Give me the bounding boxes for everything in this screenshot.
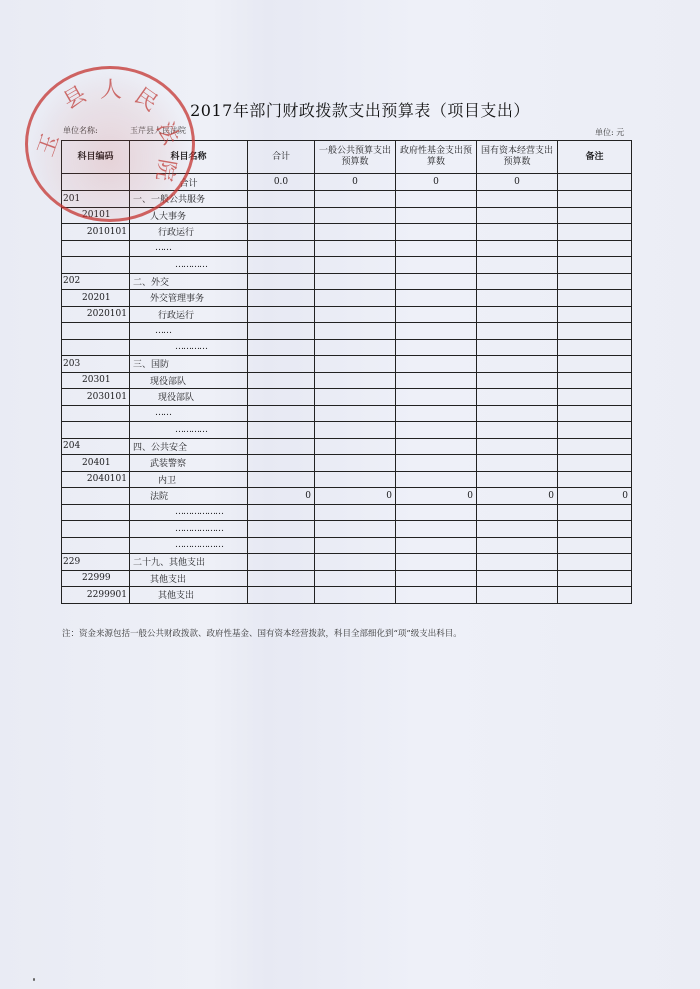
subject-name: 现役部队 xyxy=(130,389,248,406)
row-general-public xyxy=(315,273,396,290)
subject-name: …… xyxy=(130,405,248,422)
row-gov-fund xyxy=(396,372,477,389)
document-title: 2017年部门财政拨款支出预算表（项目支出） xyxy=(150,98,570,121)
footnote: 注：资金来源包括一般公共财政拨款、政府性基金、国有资本经营拨款，科目全部细化到“… xyxy=(62,627,462,639)
subject-name: 行政运行 xyxy=(130,306,248,323)
row-total xyxy=(248,290,315,307)
subject-name: 法院 xyxy=(130,488,248,505)
row-total xyxy=(248,372,315,389)
row-remark xyxy=(558,471,632,488)
table-row: 20101人大事务 xyxy=(62,207,632,224)
row-state-capital xyxy=(477,438,558,455)
table-row: 22999其他支出 xyxy=(62,570,632,587)
row-remark xyxy=(558,290,632,307)
row-remark xyxy=(558,306,632,323)
subject-name: ………… xyxy=(130,422,248,439)
row-state-capital xyxy=(477,240,558,257)
subject-code: 20301 xyxy=(62,372,130,389)
row-general-public xyxy=(315,587,396,604)
subject-name: 武装警察 xyxy=(130,455,248,472)
row-gov-fund xyxy=(396,455,477,472)
subject-code: 20201 xyxy=(62,290,130,307)
subject-name: ……………… xyxy=(130,521,248,538)
row-gov-fund xyxy=(396,587,477,604)
row-gov-fund xyxy=(396,306,477,323)
subject-code: 20401 xyxy=(62,455,130,472)
row-state-capital xyxy=(477,356,558,373)
row-total xyxy=(248,504,315,521)
row-remark: 0 xyxy=(558,488,632,505)
subject-code xyxy=(62,521,130,538)
row-total xyxy=(248,339,315,356)
subject-code: 204 xyxy=(62,438,130,455)
table-row: ………… xyxy=(62,422,632,439)
row-gov-fund xyxy=(396,422,477,439)
row-total xyxy=(248,471,315,488)
seal-char: 玉 xyxy=(29,129,66,160)
table-row: 2010101行政运行 xyxy=(62,224,632,241)
row-remark xyxy=(558,339,632,356)
subject-code: 2020101 xyxy=(62,306,130,323)
seal-char: 县 xyxy=(57,78,92,116)
row-remark xyxy=(558,240,632,257)
row-state-capital xyxy=(477,455,558,472)
subject-name: 四、公共安全 xyxy=(130,438,248,455)
total-general-public: 0 xyxy=(315,174,396,191)
subject-code xyxy=(62,488,130,505)
row-total: 0 xyxy=(248,488,315,505)
row-general-public xyxy=(315,570,396,587)
subject-code: 202 xyxy=(62,273,130,290)
row-total xyxy=(248,554,315,571)
table-row: 203三、国防 xyxy=(62,356,632,373)
row-gov-fund xyxy=(396,389,477,406)
row-state-capital xyxy=(477,257,558,274)
table-row: 20401武装警察 xyxy=(62,455,632,472)
row-remark xyxy=(558,554,632,571)
row-total xyxy=(248,438,315,455)
subject-name: 现役部队 xyxy=(130,372,248,389)
row-general-public xyxy=(315,372,396,389)
row-remark xyxy=(558,207,632,224)
scanned-page: 2017年部门财政拨款支出预算表（项目支出） 单位名称: 玉芹县人民法院 单位:… xyxy=(0,0,700,989)
row-gov-fund xyxy=(396,207,477,224)
subject-code: 20101 xyxy=(62,207,130,224)
total-state-capital: 0 xyxy=(477,174,558,191)
row-general-public xyxy=(315,389,396,406)
row-remark xyxy=(558,537,632,554)
subject-name: …… xyxy=(130,323,248,340)
row-remark xyxy=(558,422,632,439)
row-state-capital xyxy=(477,521,558,538)
row-state-capital xyxy=(477,323,558,340)
header-gov-fund: 政府性基金支出预算数 xyxy=(396,141,477,174)
row-state-capital xyxy=(477,405,558,422)
subject-code: 2299901 xyxy=(62,587,130,604)
row-general-public xyxy=(315,438,396,455)
row-general-public xyxy=(315,323,396,340)
row-general-public xyxy=(315,471,396,488)
row-total xyxy=(248,521,315,538)
subject-code: 2010101 xyxy=(62,224,130,241)
subject-name: 一、一般公共服务 xyxy=(130,191,248,208)
total-remark xyxy=(558,174,632,191)
subject-name: 二、外交 xyxy=(130,273,248,290)
row-general-public xyxy=(315,422,396,439)
subject-code: 22999 xyxy=(62,570,130,587)
subject-code: 201 xyxy=(62,191,130,208)
row-general-public xyxy=(315,257,396,274)
row-remark xyxy=(558,356,632,373)
row-remark xyxy=(558,405,632,422)
unit-name-value: 玉芹县人民法院 xyxy=(130,125,186,136)
table-row: 201一、一般公共服务 xyxy=(62,191,632,208)
table-row: 2020101行政运行 xyxy=(62,306,632,323)
total-code xyxy=(62,174,130,191)
subject-code: 2030101 xyxy=(62,389,130,406)
subject-code xyxy=(62,240,130,257)
subject-name: 二十九、其他支出 xyxy=(130,554,248,571)
row-state-capital xyxy=(477,207,558,224)
row-state-capital xyxy=(477,587,558,604)
header-code: 科目编码 xyxy=(62,141,130,174)
seal-char: 人 xyxy=(100,73,122,104)
row-general-public xyxy=(315,405,396,422)
row-general-public xyxy=(315,356,396,373)
row-general-public xyxy=(315,207,396,224)
row-gov-fund: 0 xyxy=(396,488,477,505)
subject-name: ……………… xyxy=(130,504,248,521)
header-state-capital: 国有资本经营支出预算数 xyxy=(477,141,558,174)
row-total xyxy=(248,323,315,340)
row-general-public xyxy=(315,537,396,554)
subject-code xyxy=(62,504,130,521)
subject-name: 其他支出 xyxy=(130,570,248,587)
budget-table: 科目编码 科目名称 合计 一般公共预算支出预算数 政府性基金支出预算数 国有资本… xyxy=(61,140,632,604)
row-state-capital xyxy=(477,570,558,587)
subject-name: ……………… xyxy=(130,537,248,554)
row-total xyxy=(248,224,315,241)
row-general-public xyxy=(315,339,396,356)
row-state-capital xyxy=(477,290,558,307)
row-general-public xyxy=(315,290,396,307)
subject-name: 三、国防 xyxy=(130,356,248,373)
row-gov-fund xyxy=(396,240,477,257)
row-gov-fund xyxy=(396,191,477,208)
row-gov-fund xyxy=(396,356,477,373)
subject-code xyxy=(62,405,130,422)
subject-code xyxy=(62,323,130,340)
row-remark xyxy=(558,587,632,604)
table-row: ……………… xyxy=(62,504,632,521)
row-state-capital xyxy=(477,537,558,554)
total-amount: 0.0 xyxy=(248,174,315,191)
total-gov-fund: 0 xyxy=(396,174,477,191)
subject-name: 内卫 xyxy=(130,471,248,488)
row-remark xyxy=(558,504,632,521)
subject-name: …… xyxy=(130,240,248,257)
subject-code xyxy=(62,257,130,274)
row-gov-fund xyxy=(396,521,477,538)
table-row: 2040101内卫 xyxy=(62,471,632,488)
subject-code xyxy=(62,537,130,554)
table-row: 204四、公共安全 xyxy=(62,438,632,455)
row-gov-fund xyxy=(396,504,477,521)
total-name: 合计 xyxy=(130,174,248,191)
row-remark xyxy=(558,323,632,340)
row-remark xyxy=(558,273,632,290)
table-row: ………… xyxy=(62,339,632,356)
row-general-public xyxy=(315,455,396,472)
row-state-capital xyxy=(477,306,558,323)
row-gov-fund xyxy=(396,405,477,422)
row-total xyxy=(248,537,315,554)
row-gov-fund xyxy=(396,438,477,455)
subject-name: 外交管理事务 xyxy=(130,290,248,307)
unit-name-label: 单位名称: xyxy=(63,125,98,136)
row-total xyxy=(248,455,315,472)
row-gov-fund xyxy=(396,339,477,356)
row-remark xyxy=(558,389,632,406)
table-row: 229二十九、其他支出 xyxy=(62,554,632,571)
header-total: 合计 xyxy=(248,141,315,174)
row-state-capital xyxy=(477,389,558,406)
row-total xyxy=(248,207,315,224)
row-state-capital xyxy=(477,339,558,356)
row-general-public xyxy=(315,521,396,538)
row-general-public xyxy=(315,554,396,571)
row-total xyxy=(248,240,315,257)
row-state-capital xyxy=(477,191,558,208)
row-state-capital xyxy=(477,422,558,439)
row-remark xyxy=(558,191,632,208)
row-gov-fund xyxy=(396,290,477,307)
row-total xyxy=(248,257,315,274)
row-total xyxy=(248,389,315,406)
row-total xyxy=(248,570,315,587)
row-remark xyxy=(558,570,632,587)
table-row: ……………… xyxy=(62,521,632,538)
row-total xyxy=(248,306,315,323)
row-remark xyxy=(558,455,632,472)
row-gov-fund xyxy=(396,554,477,571)
subject-name: 人大事务 xyxy=(130,207,248,224)
subject-code: 229 xyxy=(62,554,130,571)
row-general-public xyxy=(315,504,396,521)
table-row: …… xyxy=(62,405,632,422)
row-gov-fund xyxy=(396,537,477,554)
row-total xyxy=(248,273,315,290)
row-gov-fund xyxy=(396,323,477,340)
row-general-public xyxy=(315,306,396,323)
table-row: 20301现役部队 xyxy=(62,372,632,389)
row-total xyxy=(248,356,315,373)
row-gov-fund xyxy=(396,257,477,274)
row-state-capital xyxy=(477,273,558,290)
header-name: 科目名称 xyxy=(130,141,248,174)
row-gov-fund xyxy=(396,570,477,587)
row-remark xyxy=(558,372,632,389)
row-state-capital xyxy=(477,372,558,389)
subject-name: 行政运行 xyxy=(130,224,248,241)
row-state-capital xyxy=(477,471,558,488)
row-remark xyxy=(558,224,632,241)
total-row: 合计 0.0 0 0 0 xyxy=(62,174,632,191)
subject-code: 203 xyxy=(62,356,130,373)
table-row: ………… xyxy=(62,257,632,274)
row-state-capital xyxy=(477,554,558,571)
row-general-public xyxy=(315,224,396,241)
row-total xyxy=(248,191,315,208)
table-row: 20201外交管理事务 xyxy=(62,290,632,307)
subject-code xyxy=(62,422,130,439)
scan-speck xyxy=(33,978,35,981)
currency-unit-label: 单位: 元 xyxy=(595,127,624,138)
row-general-public xyxy=(315,191,396,208)
row-state-capital xyxy=(477,224,558,241)
row-total xyxy=(248,587,315,604)
table-header-row: 科目编码 科目名称 合计 一般公共预算支出预算数 政府性基金支出预算数 国有资本… xyxy=(62,141,632,174)
row-gov-fund xyxy=(396,273,477,290)
table-row: 法院00000 xyxy=(62,488,632,505)
row-general-public: 0 xyxy=(315,488,396,505)
row-remark xyxy=(558,257,632,274)
row-remark xyxy=(558,521,632,538)
row-state-capital xyxy=(477,504,558,521)
subject-name: 其他支出 xyxy=(130,587,248,604)
subject-code: 2040101 xyxy=(62,471,130,488)
subject-name: ………… xyxy=(130,257,248,274)
row-general-public xyxy=(315,240,396,257)
header-general-public: 一般公共预算支出预算数 xyxy=(315,141,396,174)
subject-code xyxy=(62,339,130,356)
row-total xyxy=(248,405,315,422)
table-row: 2030101现役部队 xyxy=(62,389,632,406)
row-gov-fund xyxy=(396,471,477,488)
table-row: 2299901其他支出 xyxy=(62,587,632,604)
table-row: ……………… xyxy=(62,537,632,554)
table-row: …… xyxy=(62,323,632,340)
row-remark xyxy=(558,438,632,455)
table-row: …… xyxy=(62,240,632,257)
header-remark: 备注 xyxy=(558,141,632,174)
table-row: 202二、外交 xyxy=(62,273,632,290)
row-total xyxy=(248,422,315,439)
row-state-capital: 0 xyxy=(477,488,558,505)
row-gov-fund xyxy=(396,224,477,241)
subject-name: ………… xyxy=(130,339,248,356)
